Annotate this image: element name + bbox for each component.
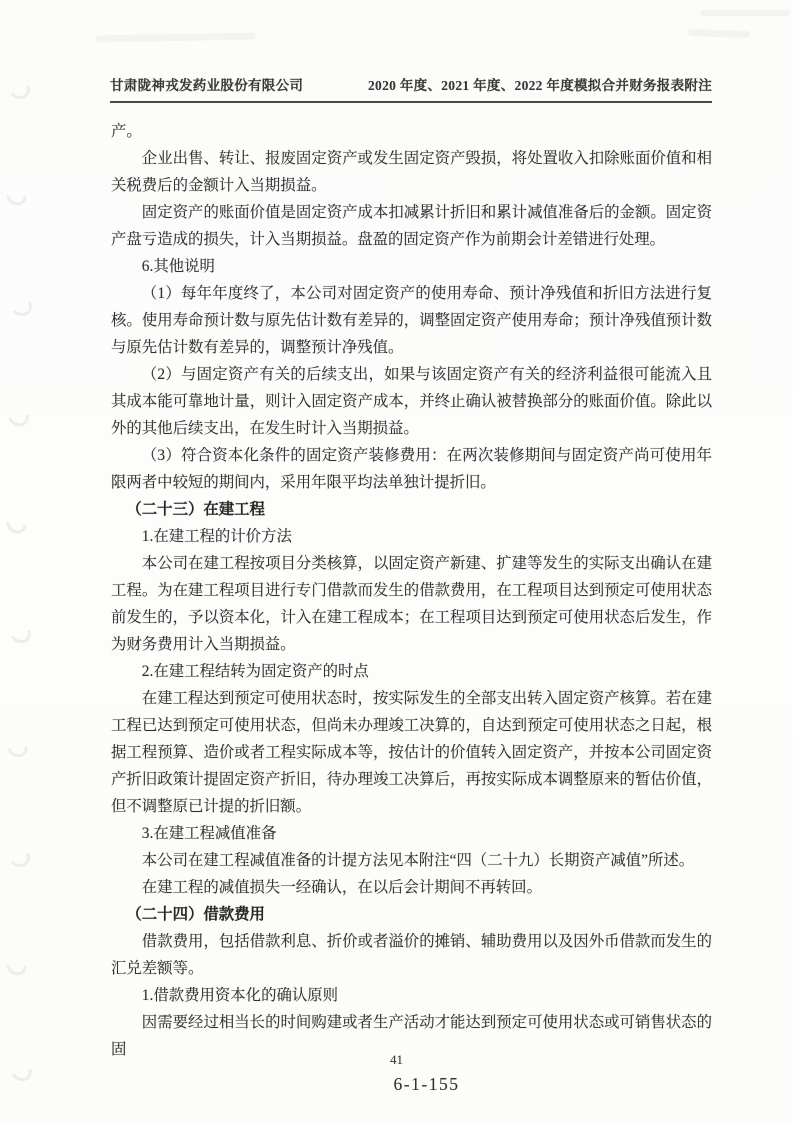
company-name: 甘肃陇神戎发药业股份有限公司 xyxy=(110,74,303,94)
paragraph: 产。 xyxy=(111,118,712,145)
paragraph: 3.在建工程减值准备 xyxy=(111,820,712,847)
scan-artifact xyxy=(5,403,33,430)
paragraph: （3）符合资本化条件的固定资产装修费用：在两次装修期间与固定资产尚可使用年限两者… xyxy=(111,442,712,496)
scan-artifact xyxy=(7,846,31,869)
page-header: 甘肃陇神戎发药业股份有限公司 2020 年度、2021 年度、2022 年度模拟… xyxy=(110,74,712,103)
scan-smudge xyxy=(96,33,256,43)
paragraph: 本公司在建工程按项目分类核算，以固定资产新建、扩建等发生的实际支出确认在建工程。… xyxy=(111,550,712,658)
scan-artifact xyxy=(10,295,34,317)
document-number: 6-1-155 xyxy=(30,1074,793,1095)
document-body: 产。企业出售、转让、报废固定资产或发生固定资产毁损，将处置收入扣除账面价值和相关… xyxy=(111,118,712,1063)
scan-artifact xyxy=(2,951,30,979)
paragraph: 本公司在建工程减值准备的计提方法见本附注“四（二十九）长期资产减值”所述。 xyxy=(111,847,712,874)
paragraph: （2）与固定资产有关的后续支出，如果与该固定资产有关的经济利益很可能流入且其成本… xyxy=(111,361,712,442)
scan-artifact xyxy=(3,734,31,762)
scan-smudge xyxy=(700,10,790,16)
paragraph: 在建工程的减值损失一经确认，在以后会计期间不再转回。 xyxy=(111,874,712,901)
paragraph: 2.在建工程结转为固定资产的时点 xyxy=(111,658,712,685)
scan-artifact xyxy=(7,621,33,646)
paragraph: 企业出售、转让、报废固定资产或发生固定资产毁损，将处置收入扣除账面价值和相关税费… xyxy=(111,145,712,199)
scan-smudge xyxy=(688,29,750,38)
section-heading: （二十三）在建工程 xyxy=(111,496,712,523)
paragraph: 在建工程达到预定可使用状态时，按实际发生的全部支出转入固定资产核算。若在建工程已… xyxy=(111,685,712,820)
paragraph: 1.在建工程的计价方法 xyxy=(111,523,712,550)
scan-artifact xyxy=(7,78,32,102)
paragraph: 固定资产的账面价值是固定资产成本扣减累计折旧和累计减值准备后的金额。固定资产盘亏… xyxy=(111,199,712,253)
section-heading: （二十四）借款费用 xyxy=(111,901,712,928)
page-number: 41 xyxy=(0,1052,793,1068)
paragraph: 6.其他说明 xyxy=(111,253,712,280)
scan-artifact xyxy=(2,509,30,537)
paragraph: 借款费用，包括借款利息、折价或者溢价的摊销、辅助费用以及因外币借款而发生的汇兑差… xyxy=(111,928,712,982)
report-title: 2020 年度、2021 年度、2022 年度模拟合并财务报表附注 xyxy=(368,74,712,94)
paragraph: （1）每年年度终了，本公司对固定资产的使用寿命、预计净残值和折旧方法进行复核。使… xyxy=(111,280,712,361)
paragraph: 1.借款费用资本化的确认原则 xyxy=(111,982,712,1009)
scan-artifact xyxy=(2,181,30,209)
scanned-document-page: 甘肃陇神戎发药业股份有限公司 2020 年度、2021 年度、2022 年度模拟… xyxy=(0,0,793,1122)
